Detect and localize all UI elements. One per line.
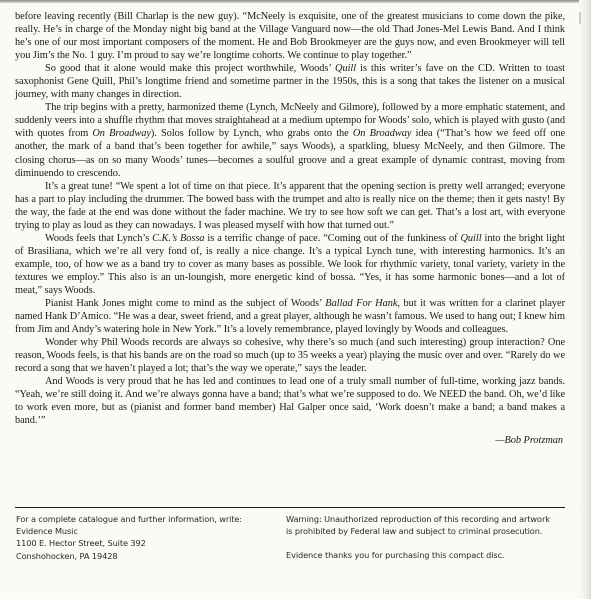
liner-notes-body: before leaving recently (Bill Charlap is… xyxy=(15,10,565,428)
street-address: 1100 E. Hector Street, Suite 392 xyxy=(16,537,266,549)
paragraph-text: before leaving recently (Bill Charlap is… xyxy=(15,11,565,61)
legal-notice: Warning: Unauthorized reproduction of th… xyxy=(286,513,571,562)
liner-paragraph: before leaving recently (Bill Charlap is… xyxy=(15,10,565,62)
paragraph-text: is a terrific change of pace. “Coming ou… xyxy=(204,233,460,244)
song-title: C.K.’s Bossa xyxy=(152,233,204,244)
page-top-edge xyxy=(0,0,591,3)
liner-paragraph: And Woods is very proud that he has led … xyxy=(15,375,565,427)
contact-info: For a complete catalogue and further inf… xyxy=(16,513,266,562)
liner-paragraph: Woods feels that Lynch’s C.K.’s Bossa is… xyxy=(15,232,565,297)
liner-paragraph: So good that it alone would make this pr… xyxy=(15,62,565,101)
thank-you-note: Evidence thanks you for purchasing this … xyxy=(286,549,571,561)
city-address: Conshohocken, PA 19428 xyxy=(16,550,266,562)
footer-divider xyxy=(15,507,565,508)
song-title: Quill xyxy=(461,233,482,244)
song-title: Ballad For Hank xyxy=(325,298,397,309)
liner-paragraph: The trip begins with a pretty, harmonize… xyxy=(15,101,565,179)
author-signature: —Bob Protzman xyxy=(15,434,565,447)
song-title: Quill xyxy=(335,63,356,74)
page-edge-mark xyxy=(579,12,581,24)
paragraph-text: It’s a great tune! “We spent a lot of ti… xyxy=(15,181,565,231)
song-title: On Broadway xyxy=(92,128,150,139)
contact-intro: For a complete catalogue and further inf… xyxy=(16,513,266,525)
copyright-warning-line-2: is prohibited by Federal law and subject… xyxy=(286,525,571,537)
liner-paragraph: Wonder why Phil Woods records are always… xyxy=(15,336,565,375)
liner-paragraph: It’s a great tune! “We spent a lot of ti… xyxy=(15,180,565,232)
liner-paragraph: Pianist Hank Jones might come to mind as… xyxy=(15,297,565,336)
paragraph-text: And Woods is very proud that he has led … xyxy=(15,376,565,426)
liner-notes: before leaving recently (Bill Charlap is… xyxy=(15,10,565,447)
copyright-warning-line-1: Warning: Unauthorized reproduction of th… xyxy=(286,513,571,525)
paragraph-text: ). Solos follow by Lynch, who grabs onto… xyxy=(151,128,353,139)
paragraph-text: So good that it alone would make this pr… xyxy=(45,63,335,74)
paragraph-text: Woods feels that Lynch’s xyxy=(45,233,152,244)
page-right-edge xyxy=(579,0,591,599)
paragraph-text: Pianist Hank Jones might come to mind as… xyxy=(45,298,325,309)
song-title: On Broadway xyxy=(353,128,411,139)
company-name: Evidence Music xyxy=(16,525,266,537)
spacer xyxy=(286,537,571,549)
paragraph-text: Wonder why Phil Woods records are always… xyxy=(15,337,565,374)
